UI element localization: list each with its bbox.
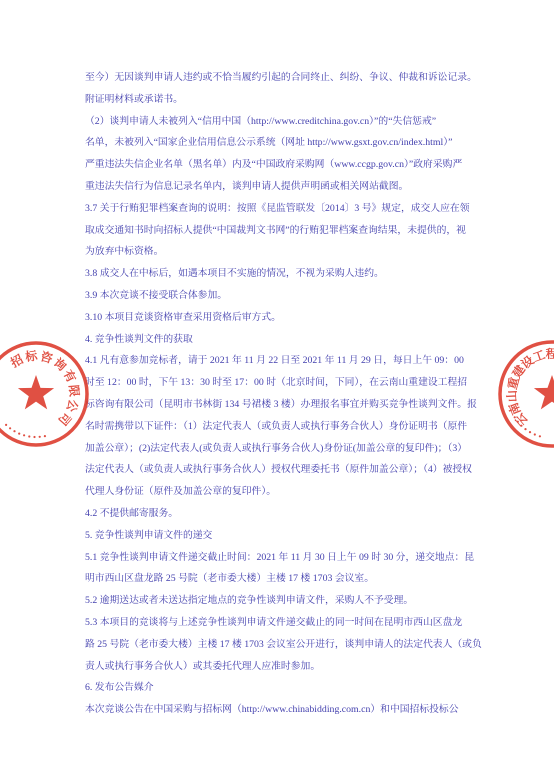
document-line: 严重违法失信企业名单（黑名单）内及“中国政府采购网（www.ccgp.gov.c… — [85, 154, 475, 176]
document-line: 3.8 成交人在中标后，如遇本项目不实施的情况，不视为采购人违约。 — [85, 263, 475, 285]
document-line: 附证明材料或承诺书。 — [85, 89, 475, 111]
seal-arc-char: 工 — [531, 348, 547, 365]
document-line: 至今）无因谈判申请人违约或不恰当履约引起的合同终止、纠纷、争议、仲裁和诉讼记录。 — [85, 67, 475, 89]
document-line: 5.3 本项目的竞谈将与上述竞争性谈判申请文件递交截止的同一时间在昆明市西山区盘… — [85, 612, 475, 634]
document-line: 为放弃中标资格。 — [85, 241, 475, 263]
seal-ring — [500, 342, 554, 446]
company-seal-left: 招标咨询有限公司 — [0, 343, 87, 445]
document-line: 路 25 号院（老市委大楼）主楼 17 楼 1703 会议室公开进行，谈判申请人… — [85, 634, 475, 656]
seal-serial-dot — [39, 436, 41, 438]
seal-arc-char: 招 — [7, 351, 26, 370]
seal-serial-dot — [33, 436, 35, 438]
document-line: 责人或执行事务合伙人）或其委托代理人应准时参加。 — [85, 656, 475, 678]
document-line: 3.9 本次竞谈不接受联合体参加。 — [85, 285, 475, 307]
seal-serial-dot — [13, 430, 15, 432]
seal-arc-char: 南 — [505, 401, 523, 418]
document-line: 本次竞谈公告在中国采购与招标网（http://www.chinabidding.… — [85, 699, 475, 721]
document-text: 至今）无因谈判申请人违约或不恰当履约引起的合同终止、纠纷、争议、仲裁和诉讼记录。… — [85, 67, 475, 721]
seal-arc-char: 有 — [61, 367, 80, 385]
seal-serial-dot — [539, 435, 541, 437]
seal-ring — [0, 343, 87, 445]
seal-arc-char: 建 — [509, 362, 528, 380]
document-line: 5.1 竞争性谈判申请文件递交截止时间：2021 年 11 月 30 日上午 0… — [85, 547, 475, 569]
seal-arc-char: 司 — [55, 410, 73, 428]
seal-arc-char: 设 — [518, 352, 537, 371]
document-line: 重违法失信行为信息记录名单内，谈判申请人提供声明函或相关网站截图。 — [85, 176, 475, 198]
document-line: 名时需携带以下证件：（1）法定代表人（或负责人或执行事务合伙人）身份证明书（原件 — [85, 416, 475, 438]
seal-serial-dot — [529, 431, 531, 433]
seal-arc-char: 重 — [504, 375, 522, 391]
document-line: 4.2 不提供邮寄服务。 — [85, 503, 475, 525]
seal-serial-dot — [28, 435, 30, 437]
seal-serial-dot — [534, 433, 536, 435]
document-line: 代理人身份证（原件及加盖公章的复印件）。 — [85, 481, 475, 503]
seal-star-icon — [534, 375, 554, 409]
document-line: 标咨询有限公司（昆明市书林街 134 号裙楼 3 楼）办理报名事宜并购买竞争性谈… — [85, 394, 475, 416]
seal-serial-dot — [520, 425, 522, 427]
document-line: 5. 竞争性谈判申请文件的递交 — [85, 525, 475, 547]
seal-arc-char: 标 — [23, 348, 39, 365]
seal-serial-dot — [514, 416, 516, 418]
document-line: （2）谈判申请人未被列入“信用中国（http://www.creditchina… — [85, 111, 475, 133]
seal-arc-char: 程 — [546, 346, 554, 361]
seal-arc-char: 咨 — [39, 348, 55, 366]
seal-serial-dot — [517, 421, 519, 423]
document-line: 取成交通知书时向招标人提供“中国裁判文书网”的行贿犯罪档案查询结果，未提供的，视 — [85, 220, 475, 242]
document-line: 5.2 逾期送达或者未送达指定地点的竞争性谈判申请文件，采购人不予受理。 — [85, 590, 475, 612]
seal-arc-char: 云 — [512, 411, 530, 429]
document-line: 明市西山区盘龙路 25 号院（老市委大楼）主楼 17 楼 1703 会议室。 — [85, 568, 475, 590]
seal-serial-dot — [18, 433, 20, 435]
seal-serial-dot — [524, 428, 526, 430]
seal-serial-dot — [9, 427, 11, 429]
document-line: 法定代表人（或负责人或执行事务合伙人）授权代理委托书（原件加盖公章）；（4）被授… — [85, 459, 475, 481]
seal-arc-char: 山 — [505, 390, 520, 403]
document-line: 名单，未被列入“国家企业信用信息公示系统（网址 http://www.gsxt.… — [85, 132, 475, 154]
document-line: 4.1 凡有意参加竞标者，请于 2021 年 11 月 22 日至 2021 年… — [85, 350, 475, 372]
document-page: 至今）无因谈判申请人违约或不恰当履约引起的合同终止、纠纷、争议、仲裁和诉讼记录。… — [0, 0, 554, 783]
seal-arc-char: 限 — [66, 384, 81, 397]
company-seal-right: 云南山重建设工程 — [500, 342, 554, 446]
seal-arc-char: 公 — [64, 398, 81, 414]
document-line: 时至 12：00 时，下午 13：30 时至 17：00 时（北京时间，下同），… — [85, 372, 475, 394]
document-line: 4. 竞争性谈判文件的获取 — [85, 329, 475, 351]
seal-serial-dot — [23, 434, 25, 436]
seal-star-icon — [18, 375, 54, 409]
document-line: 3.7 关于行贿犯罪档案查询的说明：按照《昆监管联发〔2014〕3 号》规定，成… — [85, 198, 475, 220]
document-line: 6. 发布公告媒介 — [85, 677, 475, 699]
document-line: 3.10 本项目竞谈资格审查采用资格后审方式。 — [85, 307, 475, 329]
seal-serial-dot — [5, 424, 7, 426]
seal-serial-dot — [44, 435, 46, 437]
seal-arc-char: 询 — [51, 355, 70, 374]
document-line: 加盖公章）；(2)法定代表人(或负责人或执行事务合伙人)身份证(加盖公章的复印件… — [85, 438, 475, 460]
